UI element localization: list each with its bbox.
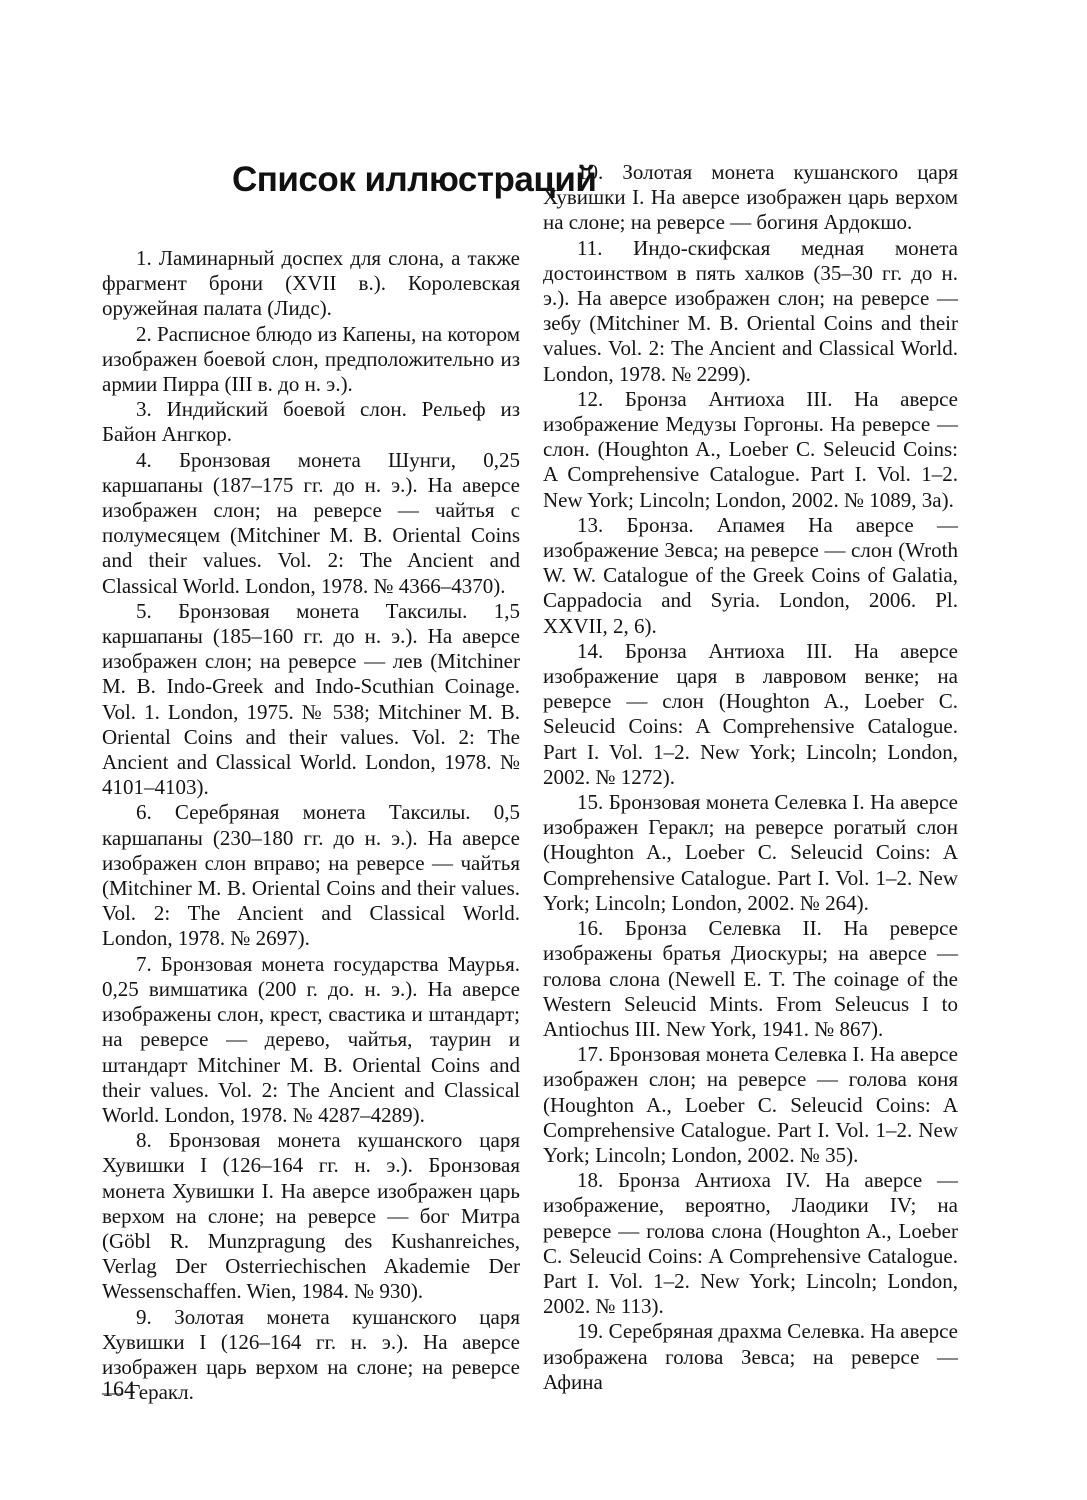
page-number: 164	[102, 1376, 135, 1402]
two-column-text: Список иллюстраций 1. Ламинарный доспех …	[102, 160, 958, 1405]
list-item: 19. Серебряная драхма Селевка. На аверсе…	[543, 1319, 958, 1395]
list-item: 4. Бронзовая монета Шунги, 0,25 каршапан…	[102, 448, 520, 599]
list-item: 11. Индо-скифская медная монета достоинс…	[543, 236, 958, 387]
list-item: 15. Бронзовая монета Селевка I. На аверс…	[543, 790, 958, 916]
list-item: 9. Золотая монета кушанского царя Хувишк…	[102, 1305, 520, 1406]
left-column: Список иллюстраций 1. Ламинарный доспех …	[102, 160, 520, 1405]
list-item: 6. Серебряная монета Таксилы. 0,5 каршап…	[102, 800, 520, 951]
book-page: Список иллюстраций 1. Ламинарный доспех …	[0, 0, 1087, 1500]
list-item: 13. Бронза. Апамея На аверсе — изображен…	[543, 513, 958, 639]
list-item: 5. Бронзовая монета Таксилы. 1,5 каршапа…	[102, 599, 520, 801]
list-item: 8. Бронзовая монета кушанского царя Хуви…	[102, 1128, 520, 1304]
list-item: 3. Индийский боевой слон. Рельеф из Байо…	[102, 397, 520, 447]
list-item: 7. Бронзовая монета государства Маурья. …	[102, 952, 520, 1128]
list-item: 10. Золотая монета кушанского царя Хувиш…	[543, 160, 958, 236]
list-item: 17. Бронзовая монета Селевка I. На аверс…	[543, 1042, 958, 1168]
illustration-list-right: 10. Золотая монета кушанского царя Хувиш…	[543, 160, 958, 1395]
list-item: 18. Бронза Антиоха IV. На аверсе — изобр…	[543, 1168, 958, 1319]
list-item: 1. Ламинарный доспех для слона, а также …	[102, 246, 520, 322]
page-title: Список иллюстраций	[102, 160, 520, 200]
right-column: 10. Золотая монета кушанского царя Хувиш…	[543, 160, 958, 1405]
list-item: 12. Бронза Антиоха III. На аверсе изобра…	[543, 387, 958, 513]
list-item: 14. Бронза Антиоха III. На аверсе изобра…	[543, 639, 958, 790]
list-item: 16. Бронза Селевка II. На реверсе изобра…	[543, 916, 958, 1042]
illustration-list-left: 1. Ламинарный доспех для слона, а также …	[102, 246, 520, 1405]
list-item: 2. Расписное блюдо из Капены, на котором…	[102, 322, 520, 398]
